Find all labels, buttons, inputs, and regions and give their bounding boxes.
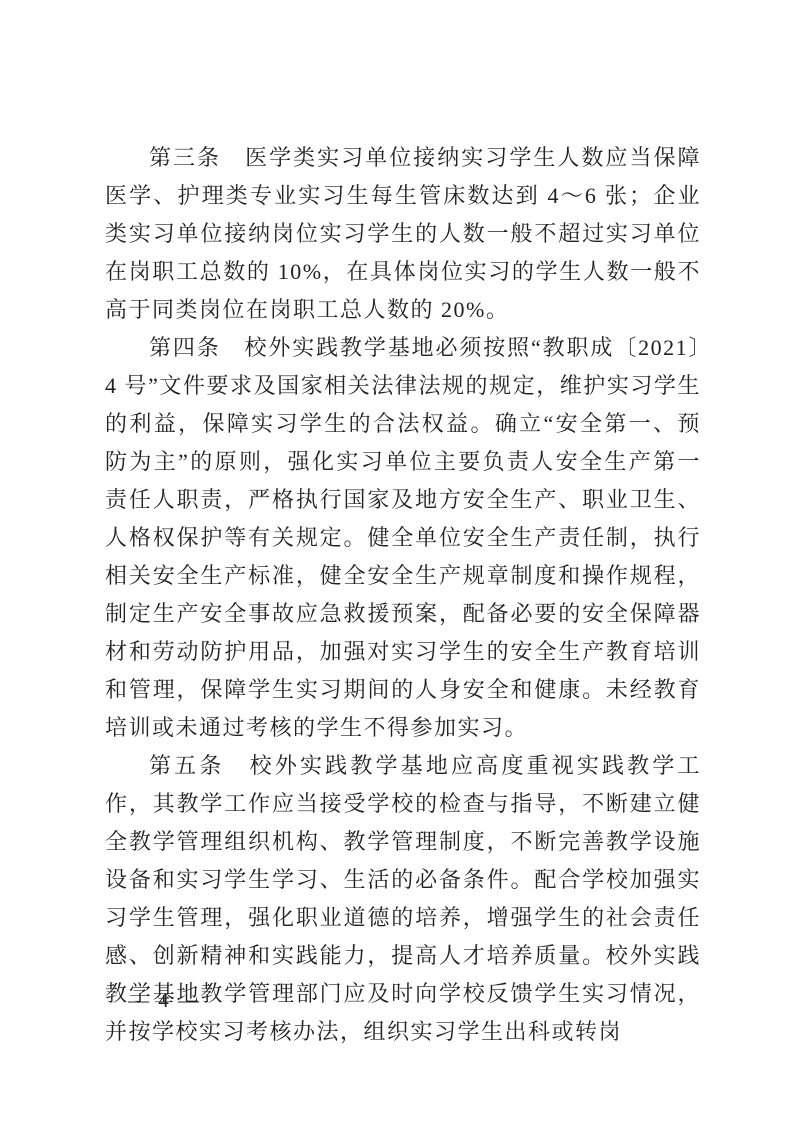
paragraph-article-4: 第四条 校外实践教学基地必须按照“教职成〔2021〕4 号”文件要求及国家相关法… [105,329,701,747]
paragraph-article-3: 第三条 医学类实习单位接纳实习学生人数应当保障医学、护理类专业实习生每生管床数达… [105,139,701,329]
document-page: 第三条 医学类实习单位接纳实习学生人数应当保障医学、护理类专业实习生每生管床数达… [0,0,794,1123]
document-body: 第三条 医学类实习单位接纳实习学生人数应当保障医学、护理类专业实习生每生管床数达… [105,139,701,1051]
footer-page-number: — 4 — [128,986,201,1014]
